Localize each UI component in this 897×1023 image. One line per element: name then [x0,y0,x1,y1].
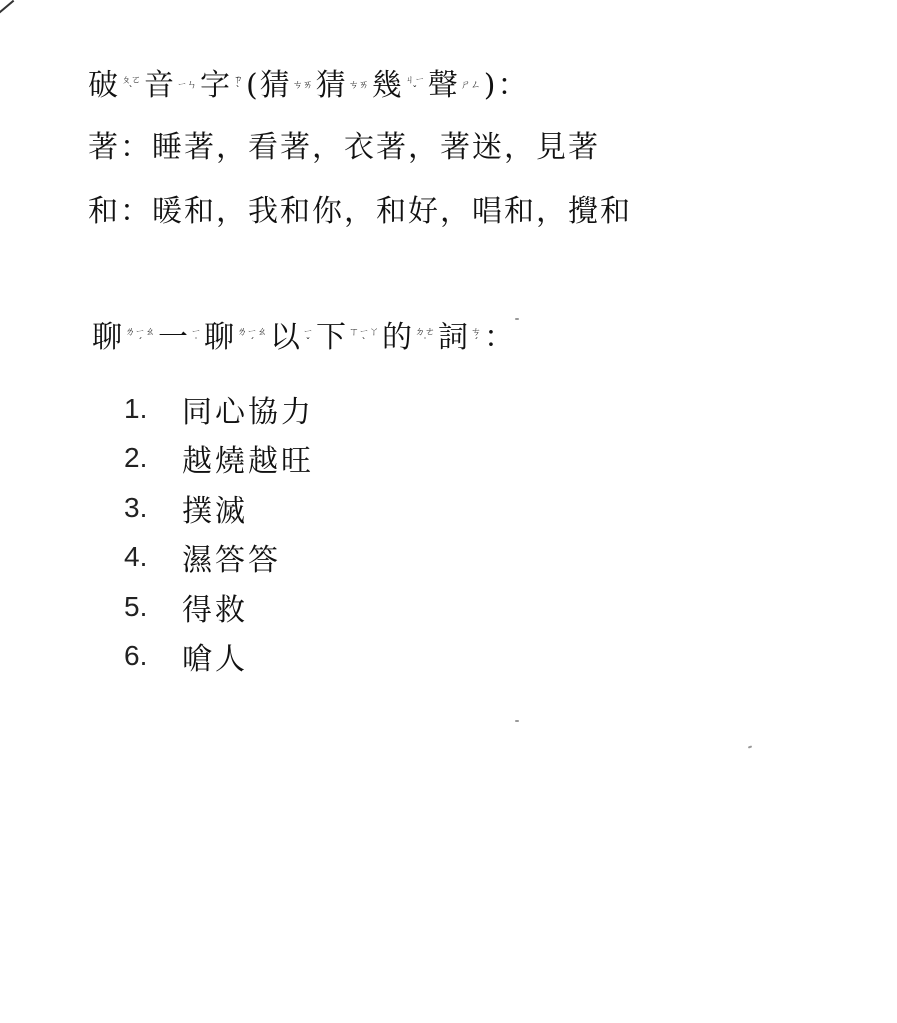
ruby-char: 以 ㄧˇ [270,318,316,358]
ruby-char: 的 ㄉㄜ˙ [382,318,438,358]
polyphone-char: 和 [88,194,120,229]
list-word: 越燒越旺 [182,436,314,480]
scan-speck [515,720,519,722]
paren-open: ( [246,68,260,103]
ruby-char: 幾 ㄐㄧˇ [372,66,428,106]
polyphone-examples: ：暖和，我和你，和好，唱和，攪和 [120,194,632,229]
ruby-char: 聲 ㄕㄥ [428,66,484,106]
ruby-char: 詞 ㄘˊ [438,318,484,358]
list-item: 2. 越燒越旺 [124,434,314,484]
polyphone-char: 著 [88,130,120,165]
zhuyin: ㄘˊ [471,328,481,348]
zhuyin: ㄘㄞ [293,81,313,91]
zhuyin: ㄌㄧㄠˊ [125,328,155,348]
list-item: 3. 撲滅 [124,483,314,533]
list-item: 6. 嗆人 [124,632,314,682]
list-word: 得救 [182,585,248,629]
ruby-char: 聊 ㄌㄧㄠˊ [92,318,158,358]
list-word: 嗆人 [182,634,248,678]
list-number: 1. [124,393,182,425]
zhuyin: ㄒㄧㄚˋ [349,328,379,348]
zhuyin: ㄧ˙ [191,328,201,348]
word-list: 1. 同心協力 2. 越燒越旺 3. 撲滅 4. 濕答答 5. 得救 6. 嗆人 [124,384,314,681]
zhuyin: ㄆㄛˋ [121,76,141,96]
zhuyin: ㄐㄧˇ [405,76,425,96]
zhuyin: ㄉㄜ˙ [415,328,435,348]
ruby-char: 聊 ㄌㄧㄠˊ [204,318,270,358]
list-number: 6. [124,640,182,672]
ruby-char: 破 ㄆㄛˋ [88,66,144,106]
zhuyin: ㄌㄧㄠˊ [237,328,267,348]
colon: ： [484,320,516,355]
ruby-char: 下 ㄒㄧㄚˋ [316,318,382,358]
list-word: 同心協力 [182,387,314,431]
scan-speck [748,745,752,748]
ruby-char: 猜 ㄘㄞ [260,66,316,106]
zhuyin: ㄘㄞ [349,81,369,91]
zhuyin: ㄗˋ [233,76,243,96]
ruby-char: 音 ㄧㄣ [144,66,200,106]
polyphone-examples: ：睡著，看著，衣著，著迷，見著 [120,130,600,165]
ruby-char: 字 ㄗˋ [200,66,246,106]
polyphone-he-line: 和：暖和，我和你，和好，唱和，攪和 [88,192,632,232]
list-item: 5. 得救 [124,582,314,632]
discuss-heading: 聊 ㄌㄧㄠˊ 一 ㄧ˙ 聊 ㄌㄧㄠˊ 以 ㄧˇ 下 ㄒㄧㄚˋ 的 ㄉㄜ˙ 詞 ㄘ… [92,318,516,358]
list-item: 4. 濕答答 [124,533,314,583]
scan-corner-mark [0,0,14,14]
polyphone-zhe-line: 著：睡著，看著，衣著，著迷，見著 [88,128,600,168]
ruby-char: 一 ㄧ˙ [158,318,204,358]
colon: ： [497,68,529,103]
list-number: 4. [124,541,182,573]
polyphone-heading: 破 ㄆㄛˋ 音 ㄧㄣ 字 ㄗˋ ( 猜 ㄘㄞ 猜 ㄘㄞ 幾 ㄐㄧˇ 聲 ㄕㄥ )… [88,66,529,106]
list-number: 5. [124,591,182,623]
zhuyin: ㄕㄥ [461,81,481,91]
list-item: 1. 同心協力 [124,384,314,434]
list-number: 2. [124,442,182,474]
list-word: 濕答答 [182,535,281,579]
zhuyin: ㄧㄣ [177,81,197,91]
list-word: 撲滅 [182,486,248,530]
ruby-char: 猜 ㄘㄞ [316,66,372,106]
list-number: 3. [124,492,182,524]
paren-close: ) [484,68,498,103]
zhuyin: ㄧˇ [303,328,313,348]
